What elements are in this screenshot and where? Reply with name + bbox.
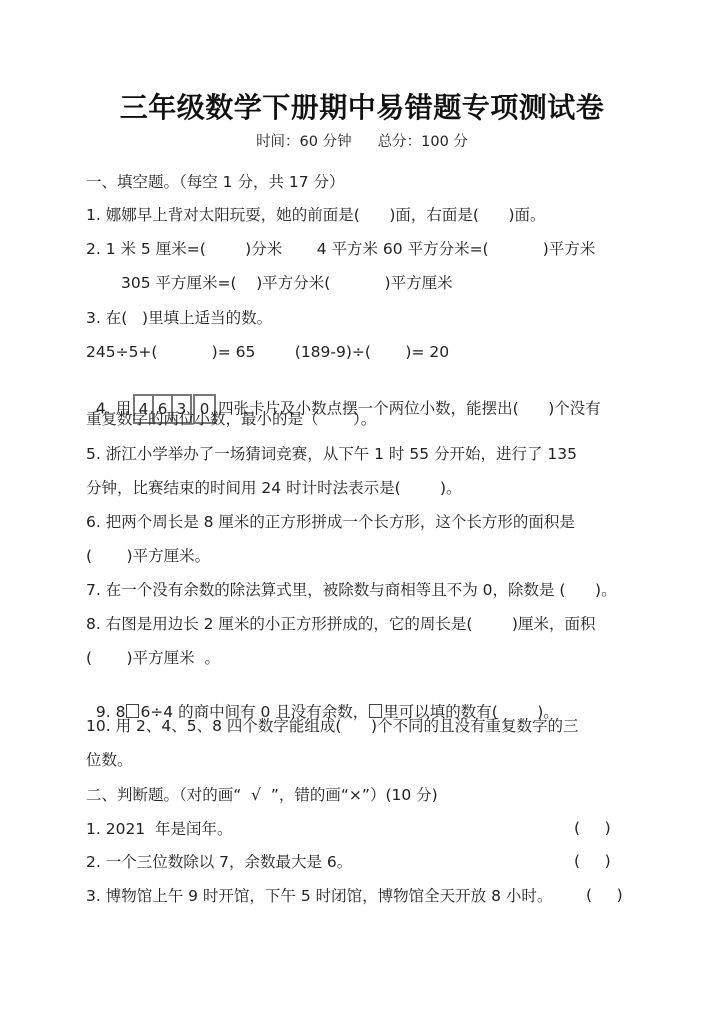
time-limit: 时间：60 分钟 — [256, 134, 352, 150]
question-10-line-1: 10. 用 2、4、5、8 四个数字能组成( )个不同的且没有重复数字的三 — [86, 716, 579, 736]
judge-item-2: 2. 一个三位数除以 7，余数最大是 6。 — [86, 852, 352, 872]
question-10-line-2: 位数。 — [86, 750, 133, 770]
page-title: 三年级数学下册期中易错题专项测试卷 — [0, 86, 724, 126]
question-1: 1. 娜娜早上背对太阳玩耍，她的前面是( )面，右面是( )面。 — [86, 205, 546, 225]
question-8-line-1: 8. 右图是用边长 2 厘米的小正方形拼成的，它的周长是( )厘米，面积 — [86, 614, 595, 634]
question-8-line-2: ( )平方厘米 。 — [86, 648, 220, 668]
question-5-line-1: 5. 浙江小学举办了一场猜词竞赛，从下午 1 时 55 分开始，进行了 135 — [86, 444, 577, 464]
question-5-line-2: 分钟，比赛结束的时间用 24 时计时法表示是( )。 — [86, 478, 462, 498]
exam-info: 时间：60 分钟总分：100 分 — [0, 130, 724, 151]
question-3-line-1: 3. 在( )里填上适当的数。 — [86, 308, 272, 328]
question-2-line-2: 305 平方厘米=( )平方分米( )平方厘米 — [121, 273, 453, 293]
judge-answer-blank-1[interactable]: ( ) — [574, 819, 611, 837]
question-3-line-2: 245÷5+( )= 65 (189-9)÷( )= 20 — [86, 342, 449, 362]
section-1-heading: 一、填空题。（每空 1 分，共 17 分） — [86, 172, 345, 192]
judge-answer-blank-2[interactable]: ( ) — [574, 852, 611, 870]
question-2-line-1: 2. 1 米 5 厘米=( )分米 4 平方米 60 平方分米=( )平方米 — [86, 239, 595, 259]
judge-item-3: 3. 博物馆上午 9 时开馆，下午 5 时闭馆，博物馆全天开放 8 小时。 — [86, 886, 552, 906]
section-2-heading: 二、判断题。（对的画“ √ ”，错的画“×”）(10 分) — [86, 785, 438, 805]
judge-answer-blank-3[interactable]: ( ) — [586, 886, 623, 904]
total-score: 总分：100 分 — [378, 134, 468, 150]
question-7: 7. 在一个没有余数的除法算式里，被除数与商相等且不为 0，除数是 ( )。 — [86, 580, 617, 600]
question-6-line-2: ( )平方厘米。 — [86, 546, 210, 566]
judge-item-1: 1. 2021 年是闰年。 — [86, 819, 233, 839]
question-4-line-2: 重复数字的两位小数，最小的是（ ）。 — [86, 409, 376, 429]
question-6-line-1: 6. 把两个周长是 8 厘米的正方形拼成一个长方形，这个长方形的面积是 — [86, 512, 575, 532]
